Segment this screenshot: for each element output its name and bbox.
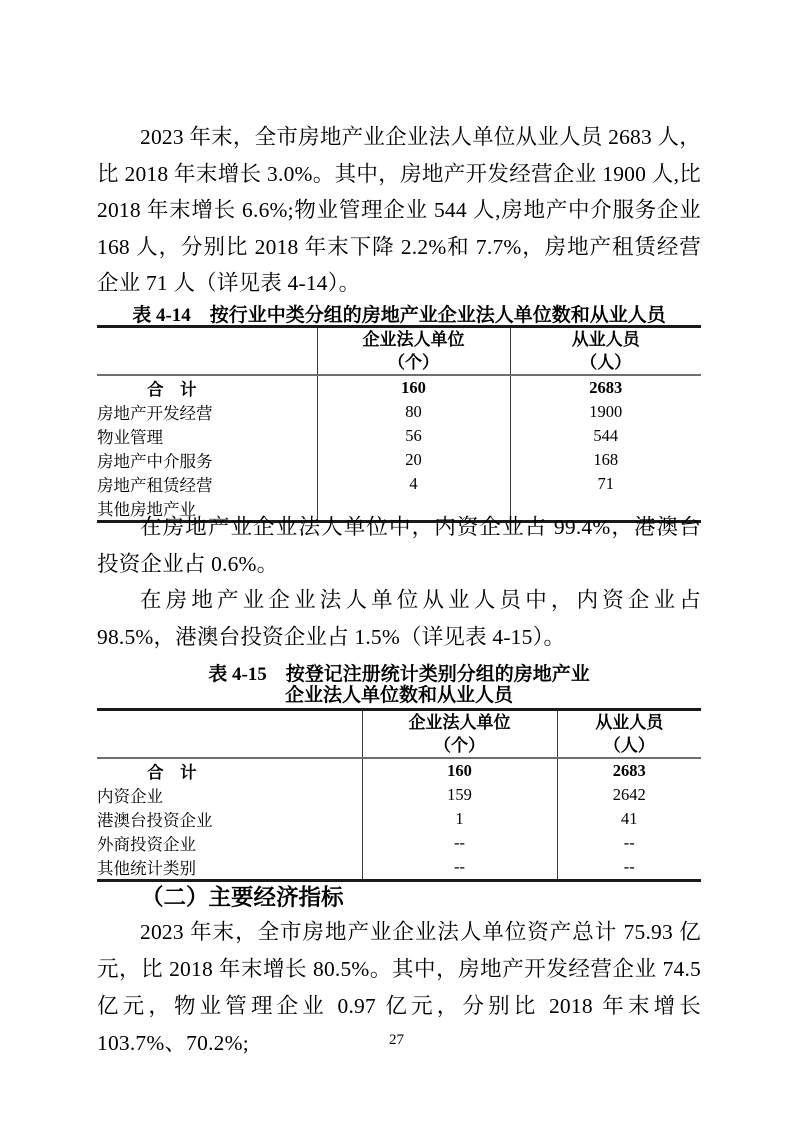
units-value: 4	[317, 472, 510, 496]
paragraph-persons-composition: 在房地产业企业法人单位从业人员中，内资企业占 98.5%，港澳台投资企业占 1.…	[97, 582, 701, 655]
table-row: 房地产开发经营 80 1900	[97, 400, 701, 424]
persons-column-header: 从业人员 （人）	[510, 327, 701, 376]
table-4-15-title-line1: 表 4-15 按登记注册统计类别分组的房地产业	[97, 664, 701, 685]
paragraph-employment-stats: 2023 年末，全市房地产业企业法人单位从业人员 2683 人，比 2018 年…	[97, 119, 701, 302]
table-4-15: 企业法人单位 （个） 从业人员 （人） 合 计 160 2683 内资企业 15…	[97, 708, 701, 882]
row-label: 外商投资企业	[97, 831, 362, 855]
row-label: 房地产中介服务	[97, 448, 317, 472]
table-4-15-title: 表 4-15 按登记注册统计类别分组的房地产业 企业法人单位数和从业人员	[97, 664, 701, 706]
table-row: 港澳台投资企业 1 41	[97, 807, 701, 831]
units-header-line2: （个）	[318, 351, 510, 374]
table-4-14-header: 企业法人单位 （个） 从业人员 （人）	[97, 327, 701, 376]
persons-value: 41	[557, 807, 701, 831]
row-label: 合 计	[97, 375, 317, 400]
table-4-15-title-line2: 企业法人单位数和从业人员	[97, 685, 701, 706]
persons-header-line1: 从业人员	[511, 328, 702, 351]
row-label: 内资企业	[97, 783, 362, 807]
units-header-line2: （个）	[363, 734, 557, 757]
persons-value: 71	[510, 472, 701, 496]
persons-value: --	[557, 831, 701, 855]
units-value: --	[362, 831, 557, 855]
units-header-line1: 企业法人单位	[363, 711, 557, 734]
row-label: 物业管理	[97, 424, 317, 448]
persons-header-line1: 从业人员	[558, 711, 702, 734]
section-heading-economic-indicators: （二）主要经济指标	[97, 884, 745, 912]
table-row: 内资企业 159 2642	[97, 783, 701, 807]
table-4-14-title: 表 4-14 按行业中类分组的房地产业企业法人单位数和从业人员	[97, 305, 701, 326]
units-value: 160	[317, 375, 510, 400]
stub-header	[97, 710, 362, 759]
table-row: 外商投资企业 -- --	[97, 831, 701, 855]
units-value: 160	[362, 758, 557, 783]
paragraph-units-composition: 在房地产业企业法人单位中，内资企业占 99.4%，港澳台投资企业占 0.6%。	[97, 509, 701, 582]
table-4-14-body: 合 计 160 2683 房地产开发经营 80 1900 物业管理 56 544…	[97, 375, 701, 522]
table-4-15-header: 企业法人单位 （个） 从业人员 （人）	[97, 710, 701, 759]
stub-header	[97, 327, 317, 376]
table-row-total: 合 计 160 2683	[97, 758, 701, 783]
persons-value: 2683	[557, 758, 701, 783]
row-label: 港澳台投资企业	[97, 807, 362, 831]
persons-value: 2683	[510, 375, 701, 400]
table-4-15-body: 合 计 160 2683 内资企业 159 2642 港澳台投资企业 1 41 …	[97, 758, 701, 881]
units-value: 159	[362, 783, 557, 807]
table-row: 房地产中介服务 20 168	[97, 448, 701, 472]
table-row: 物业管理 56 544	[97, 424, 701, 448]
units-value: 56	[317, 424, 510, 448]
table-row-total: 合 计 160 2683	[97, 375, 701, 400]
table-4-14: 企业法人单位 （个） 从业人员 （人） 合 计 160 2683 房地产开发经营…	[97, 325, 701, 523]
persons-column-header: 从业人员 （人）	[557, 710, 701, 759]
persons-header-line2: （人）	[511, 351, 702, 374]
units-value: --	[362, 855, 557, 881]
table-row: 房地产租赁经营 4 71	[97, 472, 701, 496]
persons-value: 1900	[510, 400, 701, 424]
persons-value: 2642	[557, 783, 701, 807]
units-value: 1	[362, 807, 557, 831]
units-column-header: 企业法人单位 （个）	[362, 710, 557, 759]
units-value: 80	[317, 400, 510, 424]
row-label: 房地产开发经营	[97, 400, 317, 424]
persons-value: 544	[510, 424, 701, 448]
units-value: 20	[317, 448, 510, 472]
row-label: 房地产租赁经营	[97, 472, 317, 496]
header-row: 企业法人单位 （个） 从业人员 （人）	[97, 327, 701, 376]
persons-value: 168	[510, 448, 701, 472]
row-label: 合 计	[97, 758, 362, 783]
header-row: 企业法人单位 （个） 从业人员 （人）	[97, 710, 701, 759]
document-page: 2023 年末，全市房地产业企业法人单位从业人员 2683 人，比 2018 年…	[0, 0, 793, 1122]
page-number: 27	[0, 1032, 793, 1049]
persons-header-line2: （人）	[558, 734, 702, 757]
units-column-header: 企业法人单位 （个）	[317, 327, 510, 376]
table-row: 其他统计类别 -- --	[97, 855, 701, 881]
persons-value: --	[557, 855, 701, 881]
row-label: 其他统计类别	[97, 855, 362, 881]
units-header-line1: 企业法人单位	[318, 328, 510, 351]
